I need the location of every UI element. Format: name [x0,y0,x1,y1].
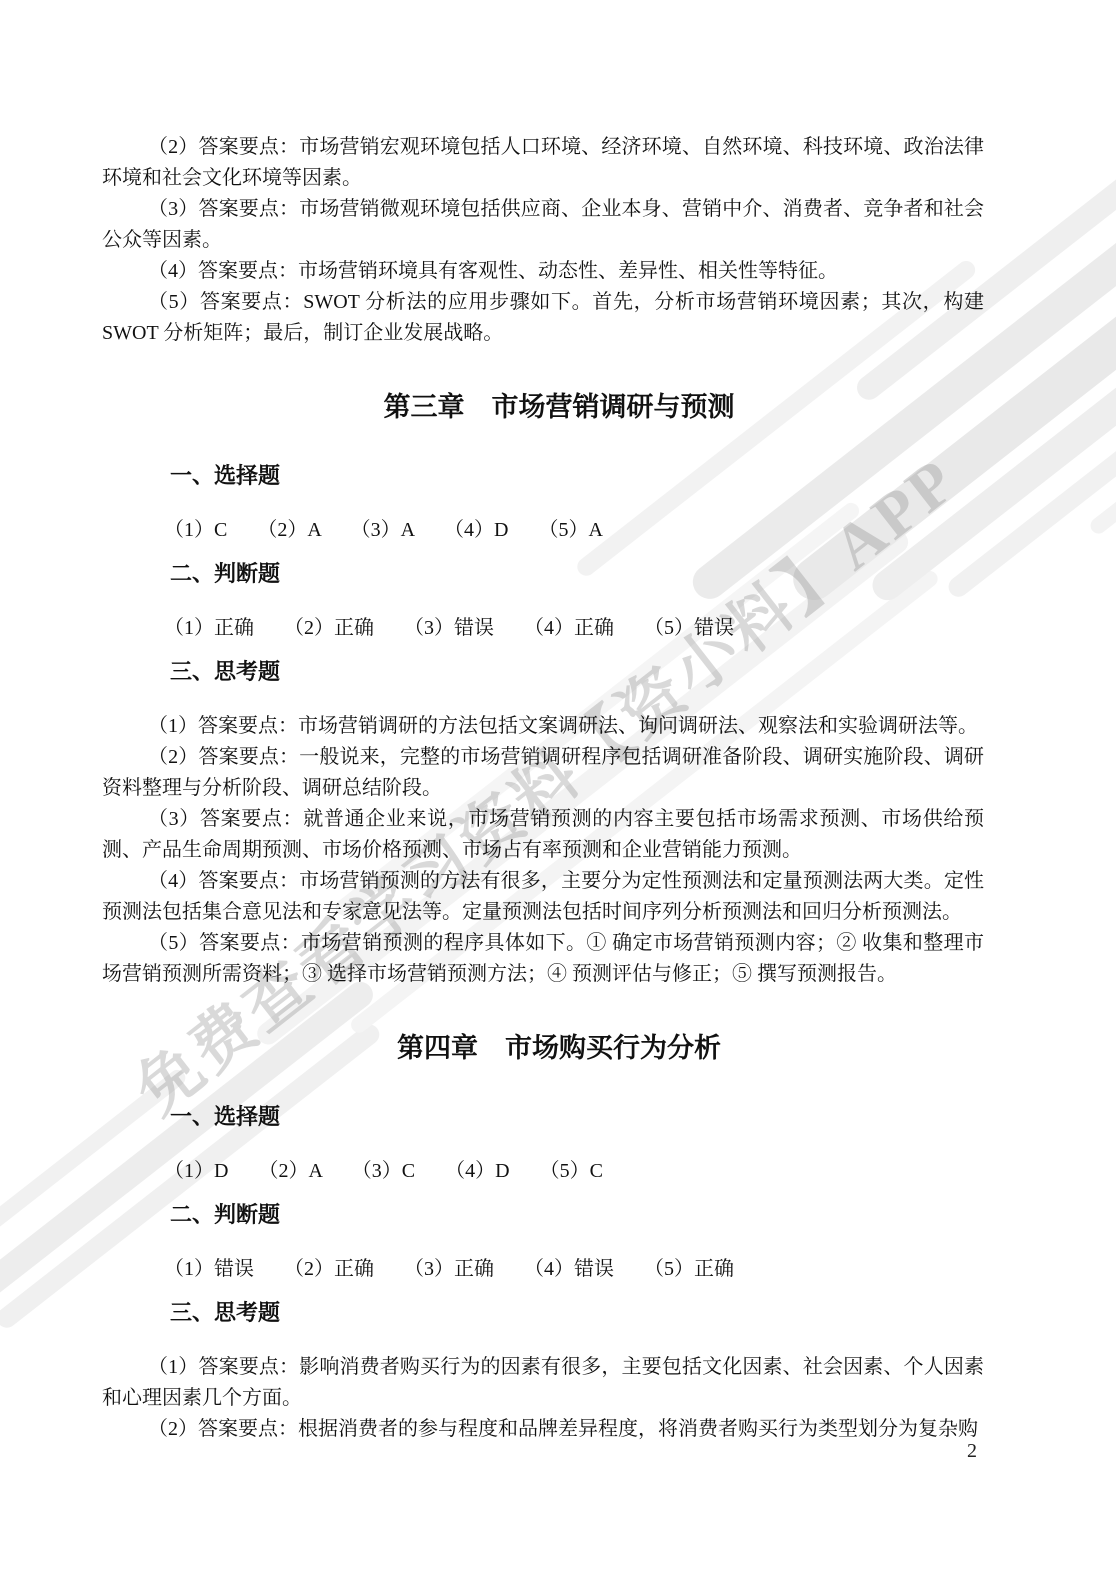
answer-paragraph: （1）答案要点：影响消费者购买行为的因素有很多，主要包括文化因素、社会因素、个人… [102,1352,984,1414]
answer-paragraph: （2）答案要点：市场营销宏观环境包括人口环境、经济环境、自然环境、科技环境、政治… [102,132,984,194]
answer-paragraph: （5）答案要点：市场营销预测的程序具体如下。① 确定市场营销预测内容；② 收集和… [102,928,984,990]
page-content: （2）答案要点：市场营销宏观环境包括人口环境、经济环境、自然环境、科技环境、政治… [102,132,984,1445]
answer-paragraph: （1）答案要点：市场营销调研的方法包括文案调研法、询问调研法、观察法和实验调研法… [102,711,984,742]
chapter4-think-heading: 三、思考题 [170,1298,984,1328]
chapter4-judge-heading: 二、判断题 [170,1200,984,1230]
chapter4-choice-heading: 一、选择题 [170,1102,984,1132]
page-number: 2 [967,1437,977,1465]
answer-paragraph: （2）答案要点：根据消费者的参与程度和品牌差异程度，将消费者购买行为类型划分为复… [102,1414,984,1445]
chapter3-choice-answers: （1）C （2）A （3）A （4）D （5）A [164,515,984,546]
chapter3-think-heading: 三、思考题 [170,657,984,687]
answer-paragraph: （3）答案要点：市场营销微观环境包括供应商、企业本身、营销中介、消费者、竞争者和… [102,194,984,256]
answer-paragraph: （5）答案要点：SWOT 分析法的应用步骤如下。首先，分析市场营销环境因素；其次… [102,287,984,349]
answer-paragraph: （4）答案要点：市场营销环境具有客观性、动态性、差异性、相关性等特征。 [102,256,984,287]
chapter3-choice-heading: 一、选择题 [170,461,984,491]
document-page: 免费查看学习资料【资小料】APP （2）答案要点：市场营销宏观环境包括人口环境、… [0,0,1116,1579]
chapter3-title: 第三章 市场营销调研与预测 [134,387,984,427]
chapter3-judge-heading: 二、判断题 [170,559,984,589]
answer-paragraph: （4）答案要点：市场营销预测的方法有很多，主要分为定性预测法和定量预测法两大类。… [102,866,984,928]
chapter4-choice-answers: （1）D （2）A （3）C （4）D （5）C [164,1156,984,1187]
answer-paragraph: （2）答案要点：一般说来，完整的市场营销调研程序包括调研准备阶段、调研实施阶段、… [102,742,984,804]
chapter4-judge-answers: （1）错误 （2）正确 （3）正确 （4）错误 （5）正确 [164,1254,984,1285]
answer-paragraph: （3）答案要点：就普通企业来说，市场营销预测的内容主要包括市场需求预测、市场供给… [102,804,984,866]
chapter3-judge-answers: （1）正确 （2）正确 （3）错误 （4）正确 （5）错误 [164,613,984,644]
chapter4-title: 第四章 市场购买行为分析 [134,1028,984,1068]
